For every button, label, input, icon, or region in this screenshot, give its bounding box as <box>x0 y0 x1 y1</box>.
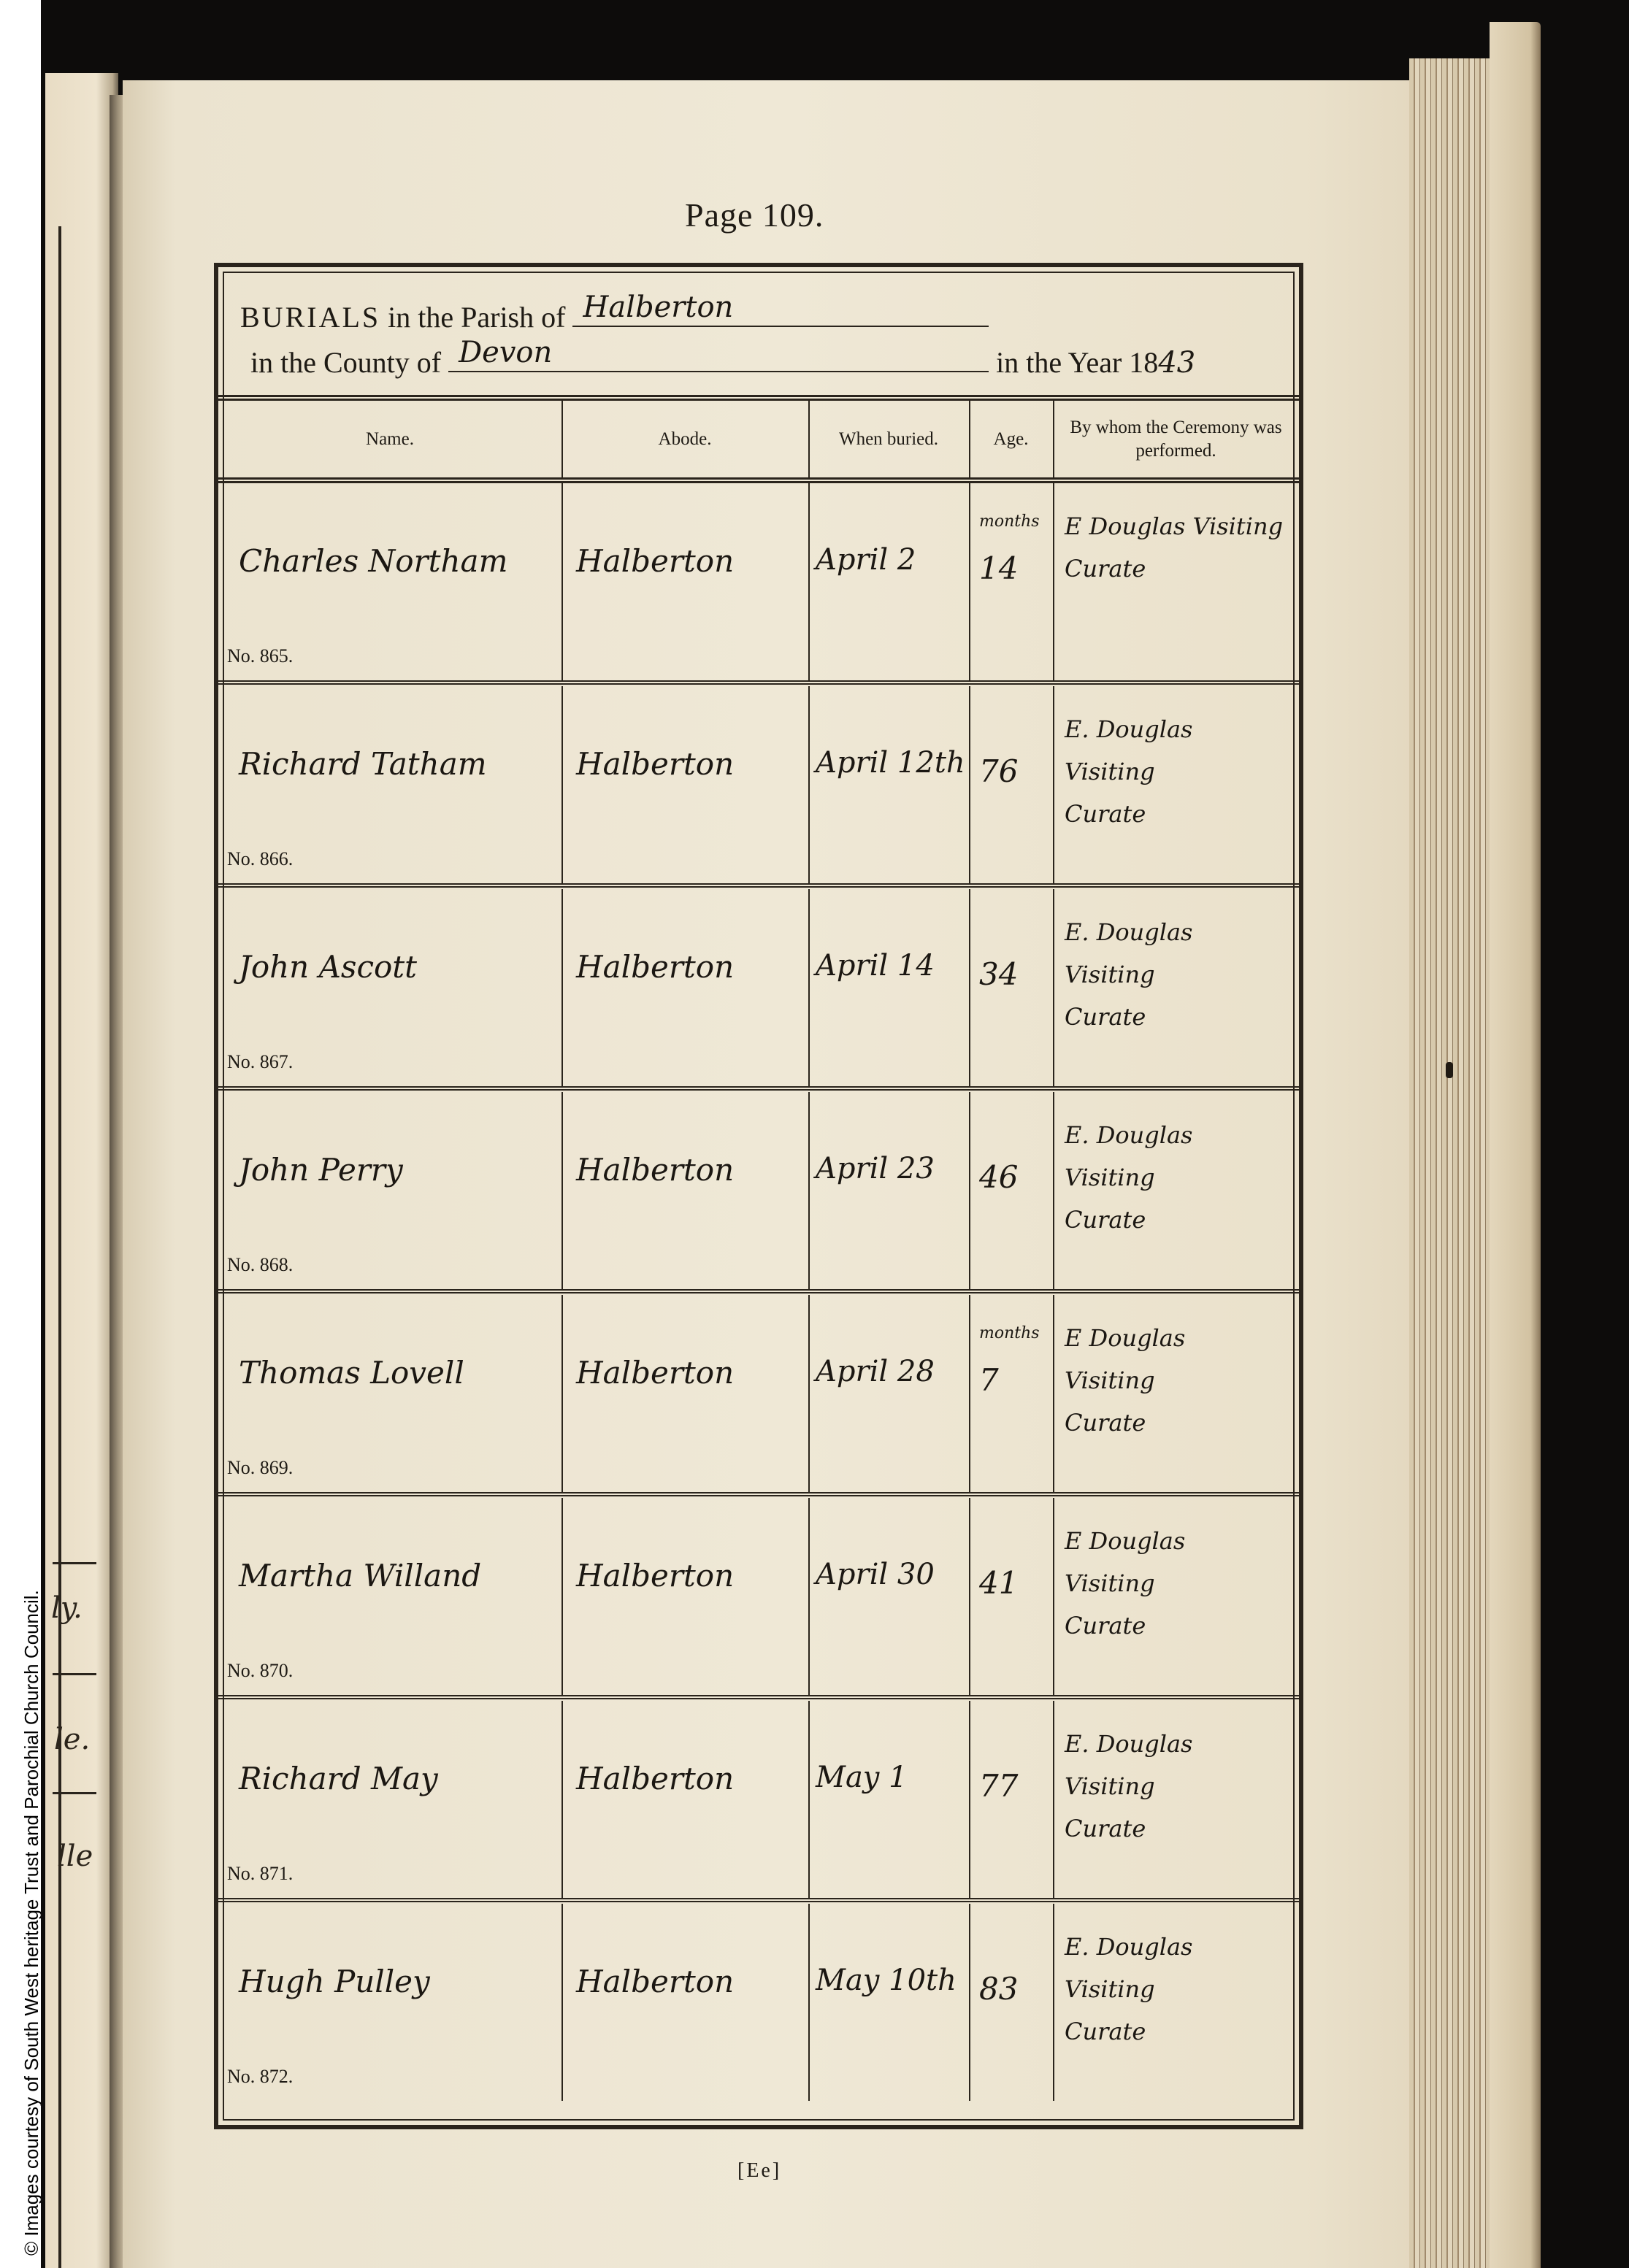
abode-cell: Halberton <box>561 686 810 883</box>
abode-cell: Halberton <box>561 1701 810 1898</box>
officiant-cell: E. Douglas Visiting Curate <box>1053 686 1290 883</box>
left-page-rule <box>53 1792 96 1794</box>
age-cell: 83 <box>969 1904 1054 2101</box>
entry-officiant: E Douglas Visiting Curate <box>1065 505 1283 590</box>
abode-cell: Halberton <box>561 1498 810 1695</box>
entry-name: Thomas Lovell <box>239 1355 464 1391</box>
heading-burials: BURIALS <box>240 301 380 334</box>
entry-abode: Halberton <box>576 1152 734 1188</box>
entry-age: 77 <box>979 1768 1018 1804</box>
entry-date: April 14 <box>816 949 935 983</box>
left-facing-page: ly. le. lle <box>45 73 118 2268</box>
entry-officiant: E. Douglas Visiting Curate <box>1065 1723 1192 1850</box>
entry-name: Martha Willand <box>239 1558 481 1594</box>
register-row: Charles Northam No. 865. Halberton April… <box>218 483 1299 685</box>
date-cell: May 10th <box>808 1904 970 2101</box>
column-header-name: Name. <box>218 401 563 477</box>
abode-cell: Halberton <box>561 1904 810 2101</box>
parish-field: Halberton <box>572 298 989 327</box>
officiant-cell: E Douglas Visiting Curate <box>1053 1498 1290 1695</box>
entry-abode: Halberton <box>576 949 734 985</box>
entry-name: Hugh Pulley <box>239 1964 430 1999</box>
abode-cell: Halberton <box>561 1092 810 1289</box>
column-header-abode: Abode. <box>561 401 810 477</box>
entry-name: Richard May <box>239 1761 438 1796</box>
officiant-cell: E. Douglas Visiting Curate <box>1053 889 1290 1086</box>
entry-number: No. 872. <box>227 2066 293 2088</box>
entry-abode: Halberton <box>576 543 734 579</box>
heading-line-county: in the County of Devon in the Year 1843 <box>240 343 1195 380</box>
name-cell: John Perry No. 868. <box>218 1092 563 1289</box>
date-cell: April 30 <box>808 1498 970 1695</box>
date-cell: April 14 <box>808 889 970 1086</box>
column-header-age: Age. <box>969 401 1054 477</box>
entry-number: No. 866. <box>227 848 293 870</box>
age-cell: 46 <box>969 1092 1054 1289</box>
age-cell: 41 <box>969 1498 1054 1695</box>
register-row: John Perry No. 868. Halberton April 23 4… <box>218 1092 1299 1293</box>
officiant-cell: E. Douglas Visiting Curate <box>1053 1701 1290 1898</box>
name-cell: John Ascott No. 867. <box>218 889 563 1086</box>
age-cell: months7 <box>969 1295 1054 1492</box>
register-row: Richard May No. 871. Halberton May 1 77 … <box>218 1701 1299 1902</box>
entry-officiant: E Douglas Visiting Curate <box>1065 1520 1185 1647</box>
abode-cell: Halberton <box>561 889 810 1086</box>
left-page-fragment: ly. <box>51 1591 83 1625</box>
entry-officiant: E Douglas Visiting Curate <box>1065 1317 1185 1444</box>
column-header-officiant: By whom the Ceremony was performed. <box>1053 401 1299 477</box>
entry-number: No. 871. <box>227 1863 293 1885</box>
entry-date: May 1 <box>816 1761 908 1794</box>
entry-age: 7 <box>979 1362 999 1398</box>
printer-signature-mark: [Ee] <box>737 2159 781 2183</box>
date-cell: April 12th <box>808 686 970 883</box>
year-value: 43 <box>1158 346 1195 380</box>
entry-officiant: E. Douglas Visiting Curate <box>1065 1114 1192 1241</box>
burial-register-table: BURIALS in the Parish of Halberton in th… <box>214 263 1303 2129</box>
page-number-title: Page 109. <box>685 196 824 234</box>
left-page-frame <box>45 226 61 2268</box>
entry-date: April 23 <box>816 1152 935 1185</box>
cover-edge <box>1490 22 1541 2268</box>
left-page-fragment: lle <box>57 1840 93 1873</box>
name-cell: Hugh Pulley No. 872. <box>218 1904 563 2101</box>
date-cell: April 28 <box>808 1295 970 1492</box>
heading-year-label: in the Year 18 <box>996 346 1158 379</box>
entry-name: Richard Tatham <box>239 746 487 782</box>
age-cell: 34 <box>969 889 1054 1086</box>
officiant-cell: E. Douglas Visiting Curate <box>1053 1092 1290 1289</box>
column-header-when-buried: When buried. <box>808 401 970 477</box>
entry-age-unit: months <box>979 1324 1040 1342</box>
copyright-credit: © Images courtesy of South West heritage… <box>20 1590 43 2256</box>
left-page-rule <box>53 1562 96 1564</box>
officiant-cell: E Douglas Visiting Curate <box>1053 483 1290 680</box>
entry-number: No. 870. <box>227 1660 293 1682</box>
register-row: Martha Willand No. 870. Halberton April … <box>218 1498 1299 1699</box>
credit-strip: © Images courtesy of South West heritage… <box>0 0 41 2268</box>
register-row: Thomas Lovell No. 869. Halberton April 2… <box>218 1295 1299 1496</box>
date-cell: April 23 <box>808 1092 970 1289</box>
entry-abode: Halberton <box>576 1761 734 1796</box>
age-cell: months14 <box>969 483 1054 680</box>
register-row: John Ascott No. 867. Halberton April 14 … <box>218 889 1299 1091</box>
heading-line-parish: BURIALS in the Parish of Halberton <box>240 298 989 334</box>
column-headers: Name. Abode. When buried. Age. By whom t… <box>218 401 1299 483</box>
entry-age: 76 <box>979 753 1018 789</box>
left-page-rule <box>53 1673 96 1675</box>
entry-number: No. 869. <box>227 1457 293 1479</box>
abode-cell: Halberton <box>561 483 810 680</box>
name-cell: Charles Northam No. 865. <box>218 483 563 680</box>
register-row: Hugh Pulley No. 872. Halberton May 10th … <box>218 1904 1299 2101</box>
ink-mark <box>1446 1062 1453 1078</box>
entry-age-unit: months <box>979 512 1040 531</box>
officiant-cell: E Douglas Visiting Curate <box>1053 1295 1290 1492</box>
heading-county-label: in the County of <box>250 346 441 379</box>
page-stack-edges <box>1409 58 1490 2268</box>
date-cell: April 2 <box>808 483 970 680</box>
entry-abode: Halberton <box>576 1558 734 1594</box>
parish-value: Halberton <box>583 291 733 324</box>
entry-date: April 30 <box>816 1558 935 1591</box>
entry-officiant: E. Douglas Visiting Curate <box>1065 708 1192 835</box>
entry-date: April 12th <box>816 746 965 780</box>
name-cell: Richard Tatham No. 866. <box>218 686 563 883</box>
name-cell: Martha Willand No. 870. <box>218 1498 563 1695</box>
entry-name: John Perry <box>239 1152 403 1188</box>
age-cell: 77 <box>969 1701 1054 1898</box>
entry-date: April 2 <box>816 543 916 577</box>
entry-name: Charles Northam <box>239 543 507 579</box>
entry-date: May 10th <box>816 1964 957 1997</box>
heading-parish-label: in the Parish of <box>388 301 565 334</box>
date-cell: May 1 <box>808 1701 970 1898</box>
name-cell: Richard May No. 871. <box>218 1701 563 1898</box>
entry-number: No. 868. <box>227 1254 293 1276</box>
abode-cell: Halberton <box>561 1295 810 1492</box>
county-field: Devon <box>448 343 989 372</box>
entry-age: 14 <box>979 550 1018 586</box>
entry-abode: Halberton <box>576 746 734 782</box>
entry-date: April 28 <box>816 1355 935 1388</box>
entry-age: 46 <box>979 1159 1018 1195</box>
entry-age: 34 <box>979 956 1018 992</box>
entry-officiant: E. Douglas Visiting Curate <box>1065 911 1192 1038</box>
left-page-fragment: le. <box>54 1723 90 1756</box>
entry-number: No. 867. <box>227 1051 293 1073</box>
entry-abode: Halberton <box>576 1964 734 1999</box>
entry-officiant: E. Douglas Visiting Curate <box>1065 1926 1192 2053</box>
register-entries: Charles Northam No. 865. Halberton April… <box>218 483 1299 2125</box>
entry-name: John Ascott <box>239 949 417 985</box>
entry-age: 41 <box>979 1565 1018 1601</box>
register-heading: BURIALS in the Parish of Halberton in th… <box>218 267 1299 401</box>
entry-abode: Halberton <box>576 1355 734 1391</box>
county-value: Devon <box>459 336 552 369</box>
name-cell: Thomas Lovell No. 869. <box>218 1295 563 1492</box>
register-row: Richard Tatham No. 866. Halberton April … <box>218 686 1299 888</box>
entry-number: No. 865. <box>227 645 293 667</box>
entry-age: 83 <box>979 1971 1018 2007</box>
officiant-cell: E. Douglas Visiting Curate <box>1053 1904 1290 2101</box>
age-cell: 76 <box>969 686 1054 883</box>
